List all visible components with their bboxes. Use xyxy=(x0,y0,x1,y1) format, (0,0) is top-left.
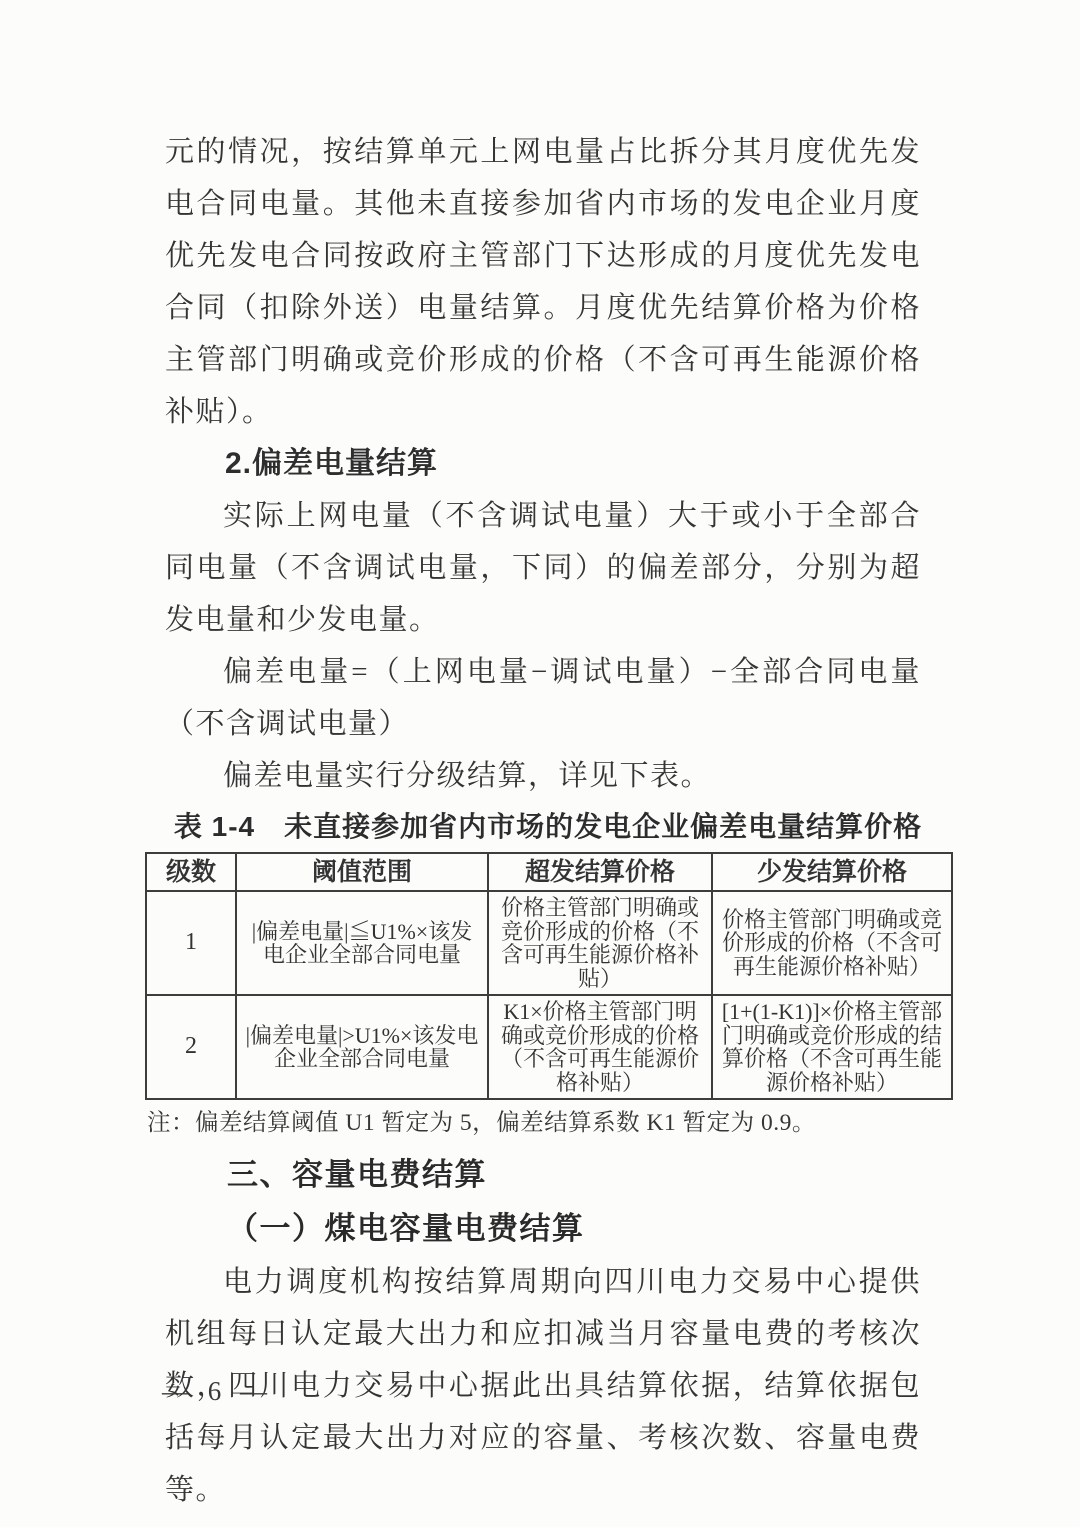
heading-capacity-fee-settlement: 三、容量电费结算 xyxy=(165,1148,921,1202)
table-row: 1 |偏差电量|≦U1%×该发电企业全部合同电量 价格主管部门明确或竞价形成的价… xyxy=(146,891,952,995)
table-cell-level: 2 xyxy=(146,995,236,1099)
table-cell-over-price: 价格主管部门明确或竞价形成的价格（不含可再生能源价格补贴） xyxy=(488,891,712,995)
table-cell-over-price: K1×价格主管部门明确或竞价形成的价格（不含可再生能源价格补贴） xyxy=(488,995,712,1099)
page-content: 元的情况，按结算单元上网电量占比拆分其月度优先发电合同电量。其他未直接参加省内市… xyxy=(165,126,921,1516)
table-title: 表 1-4 未直接参加省内市场的发电企业偏差电量结算价格 xyxy=(145,804,951,850)
table-header-over-generation-price: 超发结算价格 xyxy=(488,853,712,891)
page-number: — 6 — xyxy=(162,1376,273,1407)
table-header-under-generation-price: 少发结算价格 xyxy=(712,853,952,891)
document-page: 元的情况，按结算单元上网电量占比拆分其月度优先发电合同电量。其他未直接参加省内市… xyxy=(0,0,1080,1527)
table-cell-level: 1 xyxy=(146,891,236,995)
body-paragraph-priority-settlement: 元的情况，按结算单元上网电量占比拆分其月度优先发电合同电量。其他未直接参加省内市… xyxy=(165,126,921,438)
table-cell-under-price: [1+(1-K1)]×价格主管部门明确或竞价形成的结算价格（不含可再生能源价格补… xyxy=(712,995,952,1099)
body-paragraph-deviation-formula: 偏差电量=（上网电量−调试电量）−全部合同电量（不含调试电量） xyxy=(165,646,921,750)
settlement-table-block: 表 1-4 未直接参加省内市场的发电企业偏差电量结算价格 级数 阈值范围 超发结… xyxy=(145,804,951,1138)
heading-deviation-settlement: 2.偏差电量结算 xyxy=(165,438,921,490)
table-cell-under-price: 价格主管部门明确或竞价形成的价格（不含可再生能源价格补贴） xyxy=(712,891,952,995)
table-row: 2 |偏差电量|>U1%×该发电企业全部合同电量 K1×价格主管部门明确或竞价形… xyxy=(146,995,952,1099)
body-paragraph-dispatch-agency: 电力调度机构按结算周期向四川电力交易中心提供机组每日认定最大出力和应扣减当月容量… xyxy=(165,1256,921,1516)
settlement-price-table: 级数 阈值范围 超发结算价格 少发结算价格 1 |偏差电量|≦U1%×该发电企业… xyxy=(145,852,953,1100)
heading-coal-capacity-fee: （一）煤电容量电费结算 xyxy=(165,1202,921,1256)
body-paragraph-tiered-settlement: 偏差电量实行分级结算，详见下表。 xyxy=(165,750,921,802)
table-cell-threshold: |偏差电量|>U1%×该发电企业全部合同电量 xyxy=(236,995,488,1099)
table-header-threshold: 阈值范围 xyxy=(236,853,488,891)
table-header-row: 级数 阈值范围 超发结算价格 少发结算价格 xyxy=(146,853,952,891)
table-header-level: 级数 xyxy=(146,853,236,891)
table-cell-threshold: |偏差电量|≦U1%×该发电企业全部合同电量 xyxy=(236,891,488,995)
body-paragraph-deviation-definition: 实际上网电量（不含调试电量）大于或小于全部合同电量（不含调试电量，下同）的偏差部… xyxy=(165,490,921,646)
table-footnote: 注：偏差结算阈值 U1 暂定为 5，偏差结算系数 K1 暂定为 0.9。 xyxy=(147,1108,951,1138)
